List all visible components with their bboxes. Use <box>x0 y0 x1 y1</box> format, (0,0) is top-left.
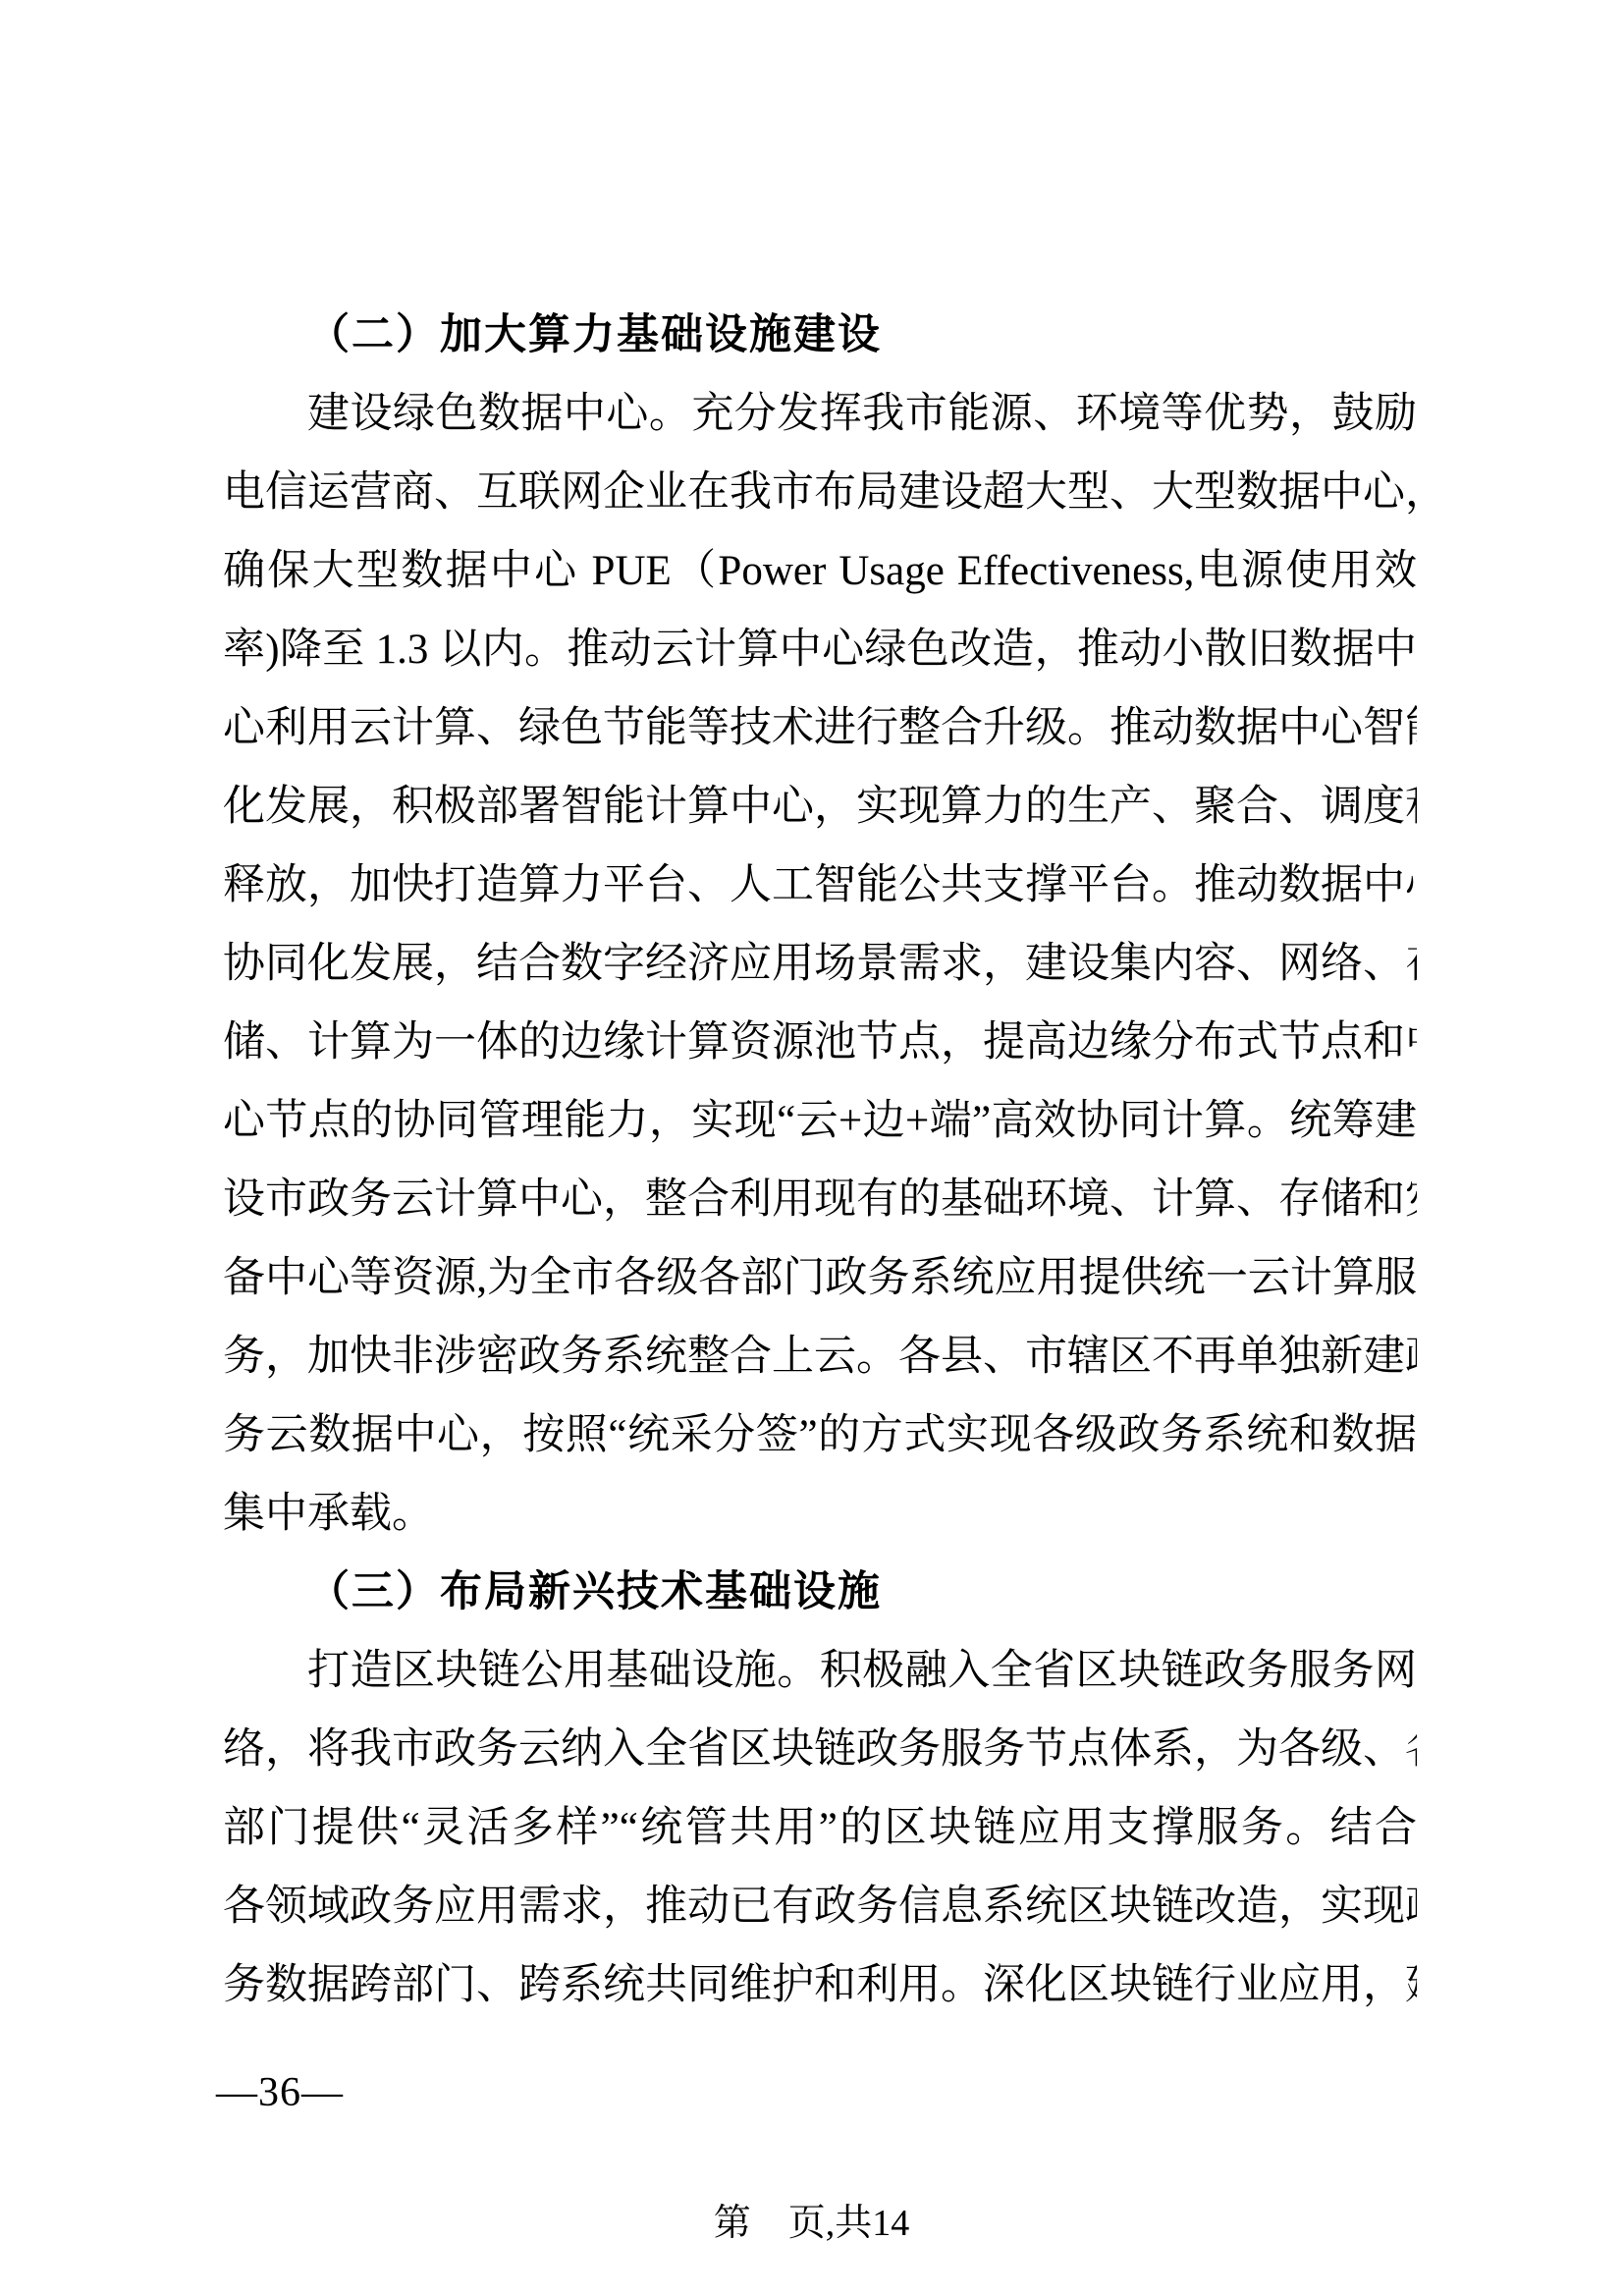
text-line: 打造区块链公用基础设施。积极融入全省区块链政务服务网 <box>223 1632 1417 1711</box>
text-line: 化发展，积极部署智能计算中心，实现算力的生产、聚合、调度和 <box>223 768 1417 847</box>
text-line: 集中承载。 <box>223 1475 1417 1554</box>
text-line: 建设绿色数据中心。充分发挥我市能源、环境等优势，鼓励 <box>223 375 1417 454</box>
section-3-paragraph: 打造区块链公用基础设施。积极融入全省区块链政务服务网络，将我市政务云纳入全省区块… <box>223 1632 1417 2025</box>
footer-page-indicator: 第 页,共14 <box>0 2200 1623 2247</box>
text-line: 备中心等资源,为全市各级各部门政务系统应用提供统一云计算服 <box>223 1239 1417 1318</box>
page-number: —36— <box>216 2058 344 2127</box>
text-line: 心利用云计算、绿色节能等技术进行整合升级。推动数据中心智能 <box>223 689 1417 768</box>
section-heading-2: （二）加大算力基础设施建设 <box>223 297 1417 375</box>
text-line: 确保大型数据中心 PUE（Power Usage Effectiveness,电… <box>223 532 1417 611</box>
text-line: 储、计算为一体的边缘计算资源池节点，提高边缘分布式节点和中 <box>223 1004 1417 1082</box>
text-line: 各领域政务应用需求，推动已有政务信息系统区块链改造，实现政 <box>223 1868 1417 1946</box>
section-heading-3: （三）布局新兴技术基础设施 <box>223 1554 1417 1632</box>
text-line: 务云数据中心，按照“统采分签”的方式实现各级政务系统和数据 <box>223 1396 1417 1475</box>
text-line: 率)降至 1.3 以内。推动云计算中心绿色改造，推动小散旧数据中 <box>223 611 1417 689</box>
text-line: 电信运营商、互联网企业在我市布局建设超大型、大型数据中心， <box>223 454 1417 532</box>
document-body: （二）加大算力基础设施建设 建设绿色数据中心。充分发挥我市能源、环境等优势，鼓励… <box>223 297 1417 2025</box>
section-2-paragraph: 建设绿色数据中心。充分发挥我市能源、环境等优势，鼓励电信运营商、互联网企业在我市… <box>223 375 1417 1554</box>
text-line: 心节点的协同管理能力，实现“云+边+端”高效协同计算。统筹建 <box>223 1082 1417 1161</box>
text-line: 部门提供“灵活多样”“统管共用”的区块链应用支撑服务。结合 <box>223 1789 1417 1868</box>
text-line: 务，加快非涉密政务系统整合上云。各县、市辖区不再单独新建政 <box>223 1318 1417 1396</box>
text-line: 务数据跨部门、跨系统共同维护和利用。深化区块链行业应用，建 <box>223 1946 1417 2025</box>
text-line: 协同化发展，结合数字经济应用场景需求，建设集内容、网络、存 <box>223 925 1417 1004</box>
text-line: 络，将我市政务云纳入全省区块链政务服务节点体系，为各级、各 <box>223 1711 1417 1789</box>
text-line: 设市政务云计算中心，整合利用现有的基础环境、计算、存储和灾 <box>223 1161 1417 1239</box>
text-line: 释放，加快打造算力平台、人工智能公共支撑平台。推动数据中心 <box>223 847 1417 925</box>
document-page: （二）加大算力基础设施建设 建设绿色数据中心。充分发挥我市能源、环境等优势，鼓励… <box>0 0 1623 2296</box>
